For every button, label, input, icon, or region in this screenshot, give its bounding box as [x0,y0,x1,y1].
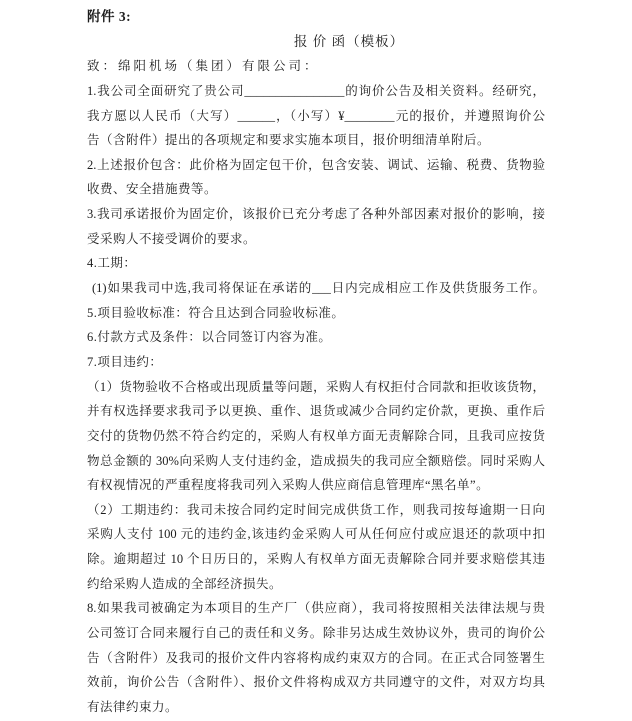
clause7-item2-line2: 采购人支付 100 元的违约金,该违约金采购人可从任何应付或应退还的款项中扣 [87,522,545,547]
document-page: 附件 3: 报 价 函（模板） 致：绵阳机场（集团）有限公司： 1.我公司全面研… [0,0,632,721]
clause4-heading: 4.工期： [87,251,545,276]
clause7-item1-line3: 交付的货物仍然不符合约定的，采购人有权单方面无责解除合同，且我司应按货 [87,424,545,449]
clause7-heading: 7.项目违约： [87,350,545,375]
clause8-line4: 效前，询价公告（含附件）、报价文件将构成双方共同遵守的文件，对双方均具 [87,670,545,695]
doc-title: 报 价 函（模板） [87,30,545,55]
clause4-item1: (1)如果我司中选,我司将保证在承诺的___日内完成相应工作及供货服务工作。 [87,276,545,301]
clause8-line1: 8.如果我司被确定为本项目的生产厂（供应商），我司将按照相关法律法规与贵 [87,596,545,621]
clause8-line5: 有法律约束力。 [87,695,545,720]
clause2-line1: 2.上述报价包含：此价格为固定包干价，包含安装、调试、运输、税费、货物验 [87,153,545,178]
clause3-line2: 受采购人不接受调价的要求。 [87,227,545,252]
clause7-item1-line1: （1）货物验收不合格或出现质量等问题，采购人有权拒付合同款和拒收该货物， [87,375,545,400]
clause5-line: 5.项目验收标准：符合且达到合同验收标准。 [87,301,545,326]
clause1-line1: 1.我公司全面研究了贵公司________________的询价公告及相关资料。… [87,79,545,104]
clause7-item2-line3: 除。逾期超过 10 个日历日的，采购人有权单方面无责解除合同并要求赔偿其违 [87,547,545,572]
clause1-line2: 我方愿以人民币（大写）______，（小写）¥________元的报价，并遵照询… [87,104,545,129]
clause2-line2: 收费、安全措施费等。 [87,177,545,202]
clause3-line1: 3.我司承诺报价为固定价，该报价已充分考虑了各种外部因素对报价的影响，接 [87,202,545,227]
clause7-item1-line2: 并有权选择要求我司予以更换、重作、退货或减少合同约定价款，更换、重作后 [87,399,545,424]
salutation-line: 致：绵阳机场（集团）有限公司： [87,54,545,79]
clause7-item1-line5: 有权视情况的严重程度将我司列入采购人供应商信息管理库“黑名单”。 [87,473,545,498]
clause8-line2: 公司签订合同来履行自己的责任和义务。除非另达成生效协议外，贵司的询价公 [87,621,545,646]
clause8-line3: 告（含附件）及我司的报价文件内容将构成约束双方的合同。在正式合同签署生 [87,646,545,671]
clause7-item1-line4: 物总金额的 30%向采购人支付违约金，造成损失的我司应全额赔偿。同时采购人 [87,449,545,474]
clause6-line: 6.付款方式及条件：以合同签订内容为准。 [87,325,545,350]
clause7-item2-line1: （2）工期违约：我司未按合同约定时间完成供货工作，则我司按每逾期一日向 [87,498,545,523]
clause1-line3: 告（含附件）提出的各项规定和要求实施本项目，报价明细清单附后。 [87,128,545,153]
clause7-item2-line4: 约给采购人造成的全部经济损失。 [87,572,545,597]
attachment-label: 附件 3: [87,5,545,30]
